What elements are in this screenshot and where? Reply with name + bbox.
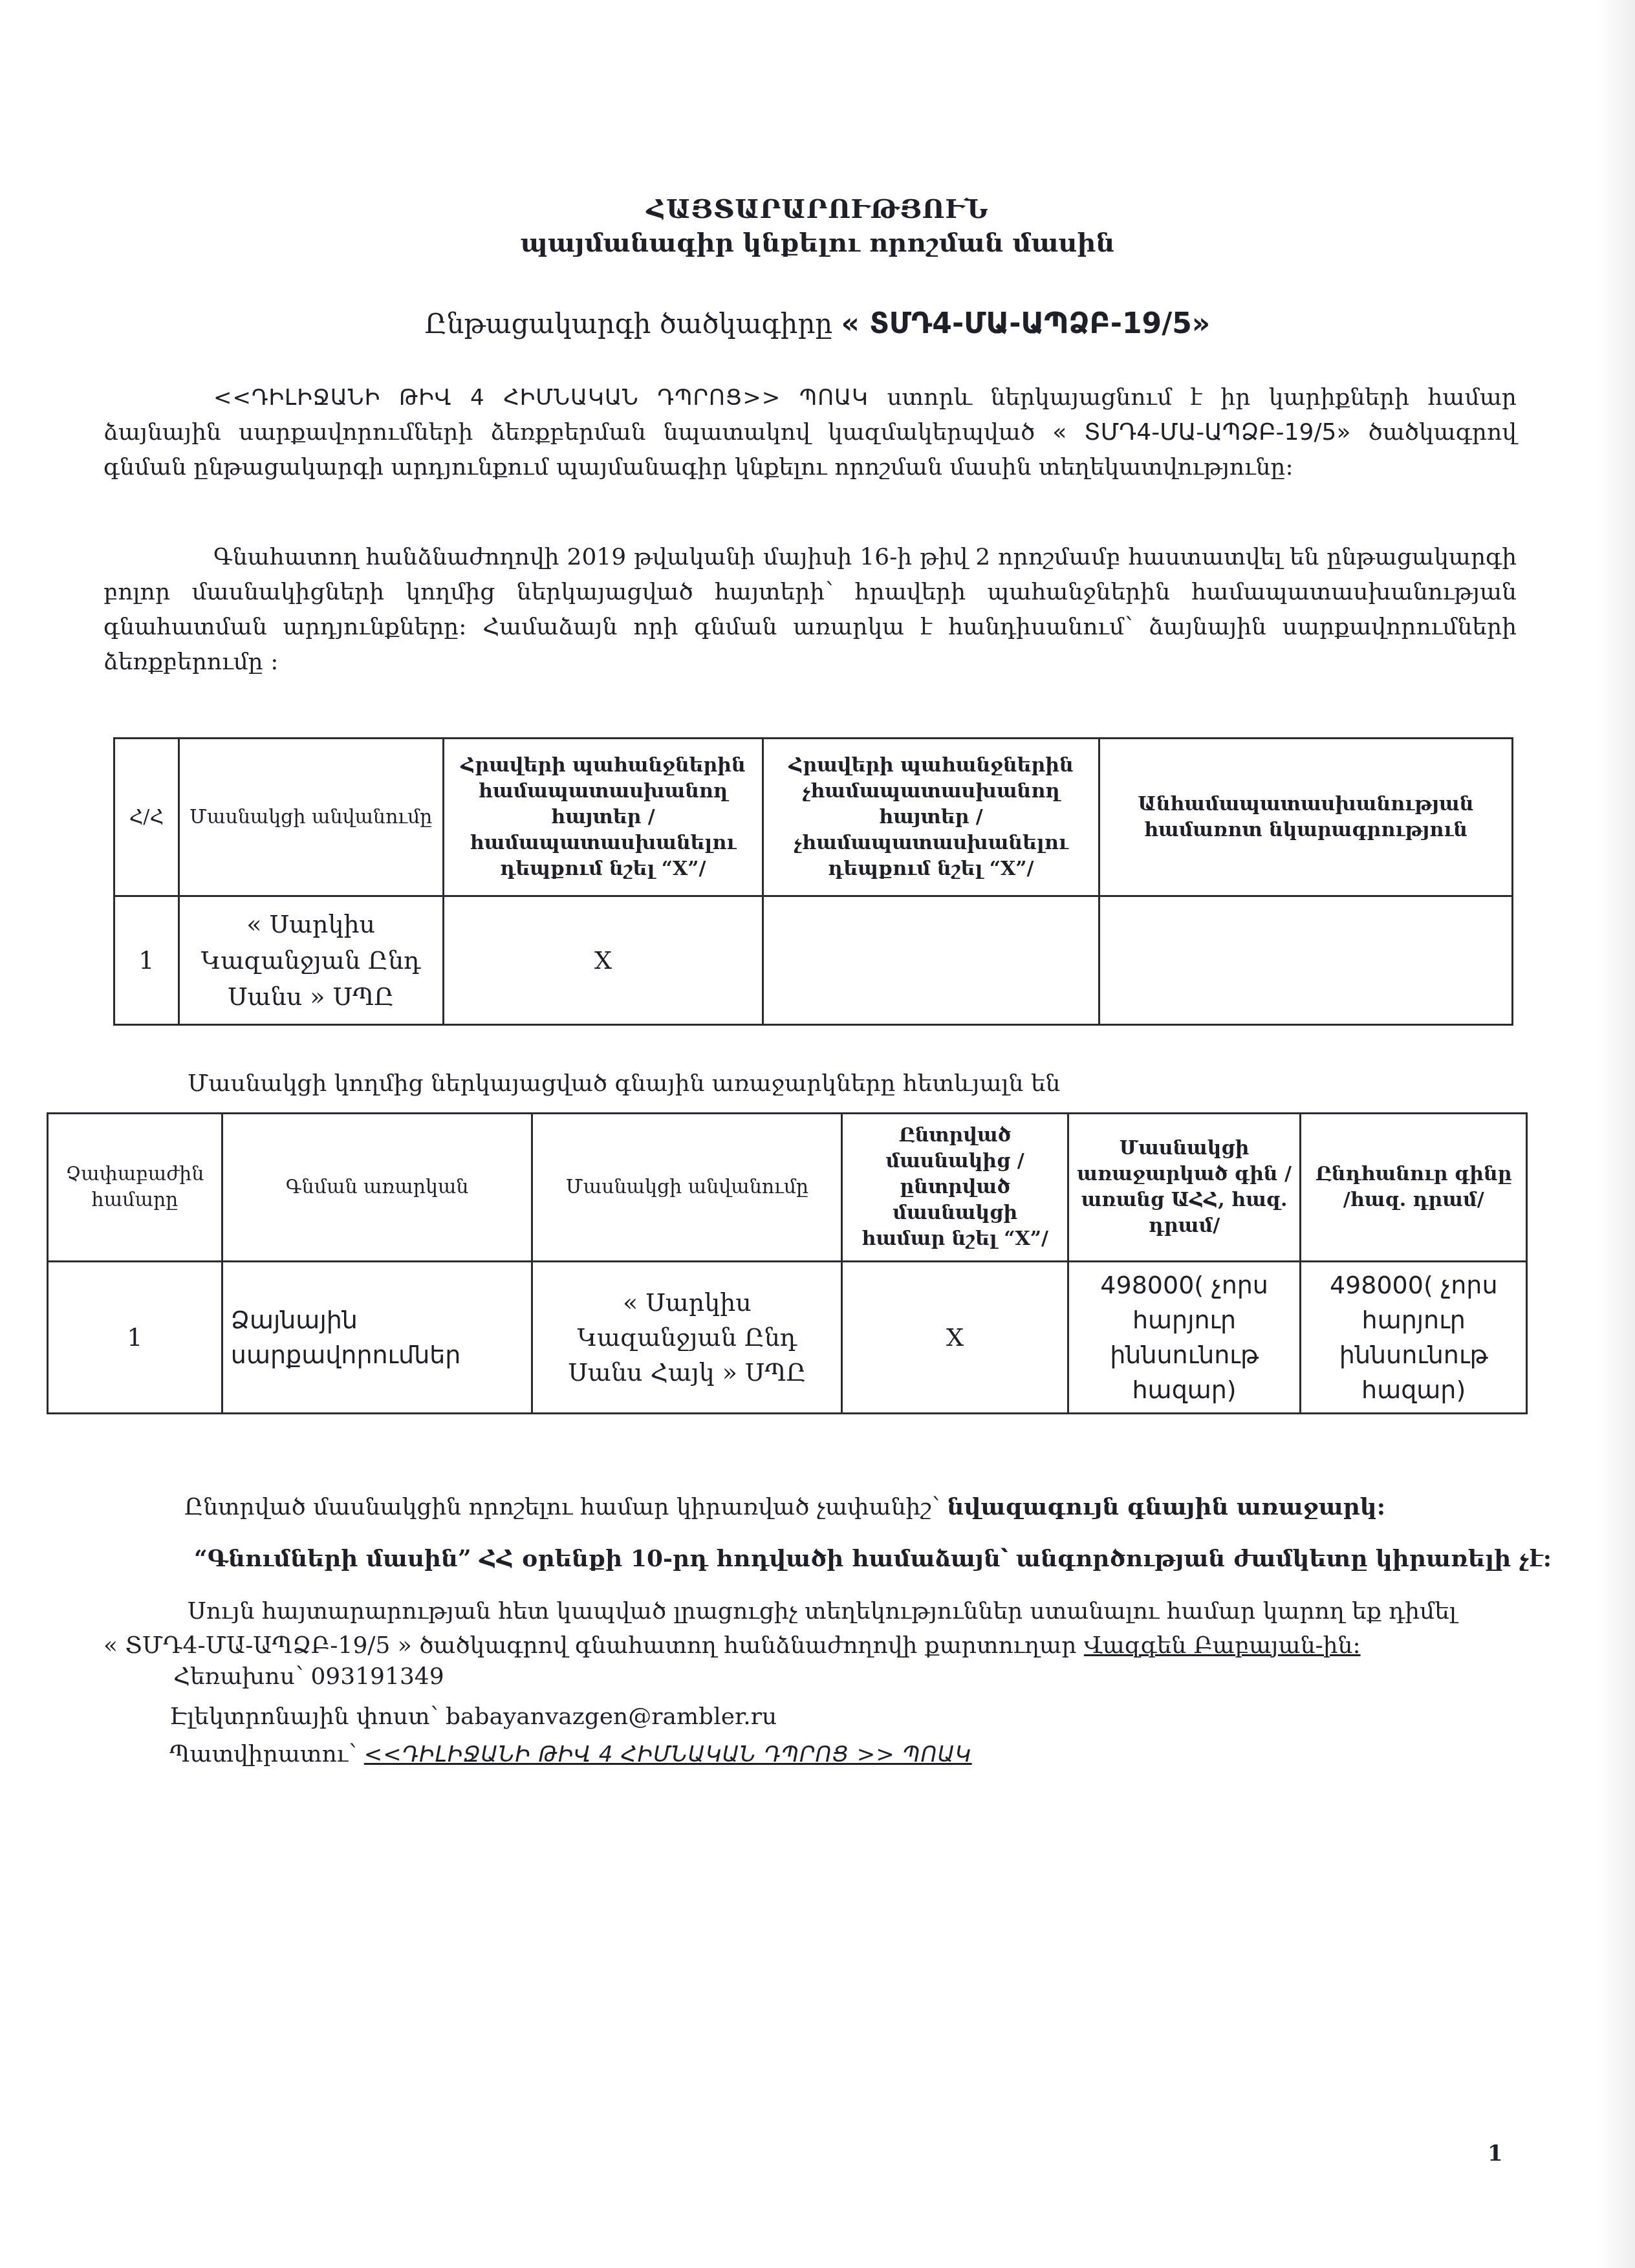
procedure-code: « ՏՄԴ4-ՄԱ-ԱՊՁԲ-19/5»	[841, 307, 1211, 340]
row-compliant-mark: X	[443, 896, 763, 1025]
contact-code-text: « ՏՄԴ4-ՄԱ-ԱՊՁԲ-19/5 » ծածկագրով գնահատող…	[103, 1632, 1076, 1659]
row-noncompliant-mark	[763, 896, 1099, 1025]
row-number: 1	[114, 896, 179, 1025]
intro-code: « ՏՄԴ4-ՄԱ-ԱՊՁԲ-19/5»	[1052, 419, 1350, 446]
header-offered-price: Մասնակցի առաջարկած գին /առանց ԱՀՀ, հազ. …	[1068, 1114, 1301, 1262]
row-procurement-subject: Ձայնային սարքավորումներ	[222, 1262, 532, 1414]
email-label: Էլեկտրոնային փոստ՝	[169, 1703, 439, 1730]
compliance-table: Հ/Հ Մասնակցի անվանումը Հրավերի պահանջներ…	[113, 737, 1513, 1026]
contact-secretary-line: « ՏՄԴ4-ՄԱ-ԱՊՁԲ-19/5 » ծածկագրով գնահատող…	[103, 1630, 1361, 1662]
document-page: ՀԱՅՏԱՐԱՐՈՒԹՅՈՒՆ պայմանագիր կնքելու որոշմ…	[0, 0, 1635, 2268]
scan-edge-shadow	[1596, 0, 1635, 2268]
row-noncompliance-description	[1099, 896, 1512, 1025]
client-line: Պատվիրատու՝ <<ԴԻԼԻՋԱՆԻ ԹԻՎ 4 ՀԻՄՆԱԿԱՆ ԴՊ…	[169, 1738, 972, 1771]
page-number: 1	[1488, 2141, 1503, 2166]
header-procurement-subject: Գնման առարկան	[222, 1114, 532, 1262]
law-note: “Գնումների մասին” ՀՀ օրենքի 10-րդ հոդված…	[194, 1542, 1552, 1575]
organization-name: <<ԴԻԼԻՋԱՆԻ ԹԻՎ 4 ՀԻՄՆԱԿԱՆ ԴՊՐՈՑ>> ՊՈԱԿ	[213, 385, 869, 411]
intro-paragraph: <<ԴԻԼԻՋԱՆԻ ԹԻՎ 4 ՀԻՄՆԱԿԱՆ ԴՊՐՈՑ>> ՊՈԱԿ ս…	[103, 380, 1517, 485]
client-name: <<ԴԻԼԻՋԱՆԻ ԹԻՎ 4 ՀԻՄՆԱԿԱՆ ԴՊՐՈՑ >> ՊՈԱԿ	[364, 1742, 972, 1767]
header-lot-number: Չափաբաժին համարը	[48, 1114, 222, 1262]
price-table-header: Չափաբաժին համարը Գնման առարկան Մասնակցի …	[48, 1114, 1527, 1262]
header-selected-participant: Ընտրված մասնակից /ընտրված մասնակցի համար…	[842, 1114, 1068, 1262]
row-participant: « Սարկիս Կազանջյան Ընդ Սանս » ՍՊԸ	[179, 896, 443, 1025]
announcement-subtitle: պայմանագիր կնքելու որոշման մասին	[0, 228, 1635, 258]
row-selected-mark: X	[842, 1262, 1068, 1414]
compliance-table-header: Հ/Հ Մասնակցի անվանումը Հրավերի պահանջներ…	[114, 739, 1513, 896]
selection-criterion: Ընտրված մասնակցին որոշելու համար կիրառվա…	[184, 1491, 1385, 1524]
header-noncompliant: Հրավերի պահանջներին չհամապատասխանող հայտ…	[763, 739, 1099, 896]
secretary-name: Վազգեն Բաբայան-ին:	[1084, 1632, 1361, 1659]
criterion-label: Ընտրված մասնակցին որոշելու համար կիրառվա…	[184, 1494, 940, 1520]
row-offered-price: 498000( չորս հարյուր իննսունութ հազար)	[1068, 1262, 1301, 1414]
header-compliant: Հրավերի պահանջներին համապատասխանող հայտե…	[443, 739, 763, 896]
header-number: Հ/Հ	[114, 739, 179, 896]
client-label: Պատվիրատու՝	[169, 1741, 356, 1767]
evaluation-paragraph: Գնահատող հանձնաժողովի 2019 թվականի մայիս…	[103, 540, 1517, 680]
price-offers-caption: Մասնակցի կողմից ներկայացված գնային առաջա…	[188, 1070, 1060, 1097]
header-total-price: Ընդհանուր գինը /հազ. դրամ/	[1301, 1114, 1527, 1262]
procedure-code-line: Ընթացակարգի ծածկագիրը « ՏՄԴ4-ՄԱ-ԱՊՁԲ-19/…	[0, 307, 1635, 340]
email-line: Էլեկտրոնային փոստ՝ babayanvazgen@rambler…	[169, 1701, 777, 1733]
phone-line: Հեռախոս՝ 093191349	[173, 1661, 444, 1693]
announcement-title: ՀԱՅՏԱՐԱՐՈՒԹՅՈՒՆ	[0, 194, 1635, 224]
header-participant: Մասնակցի անվանումը	[179, 739, 443, 896]
row-lot-number: 1	[48, 1262, 222, 1414]
contact-intro: Սույն հայտարարության հետ կապված լրացուցի…	[188, 1595, 1456, 1628]
header-participant-name: Մասնակցի անվանումը	[532, 1114, 842, 1262]
table-row: 1 Ձայնային սարքավորումներ « Սարկիս Կազան…	[48, 1262, 1527, 1414]
email-address: babayanvazgen@rambler.ru	[446, 1703, 777, 1730]
table-row: 1 « Սարկիս Կազանջյան Ընդ Սանս » ՍՊԸ X	[114, 896, 1513, 1025]
criterion-value: նվազագույն գնային առաջարկ:	[947, 1493, 1385, 1520]
header-noncompliance-description: Անհամապատասխանության համառոտ նկարագրությ…	[1099, 739, 1512, 896]
procedure-code-label: Ընթացակարգի ծածկագիրը	[425, 308, 832, 340]
phone-number: 093191349	[310, 1663, 444, 1690]
row-participant-name: « Սարկիս Կազանջյան Ընդ Սանս Հայկ » ՍՊԸ	[532, 1262, 842, 1414]
phone-label: Հեռախոս՝	[173, 1663, 303, 1690]
row-total-price: 498000( չորս հարյուր իննսունութ հազար)	[1301, 1262, 1527, 1414]
price-offers-table: Չափաբաժին համարը Գնման առարկան Մասնակցի …	[47, 1112, 1528, 1414]
evaluation-text: Գնահատող հանձնաժողովի 2019 թվականի մայիս…	[103, 544, 1517, 675]
